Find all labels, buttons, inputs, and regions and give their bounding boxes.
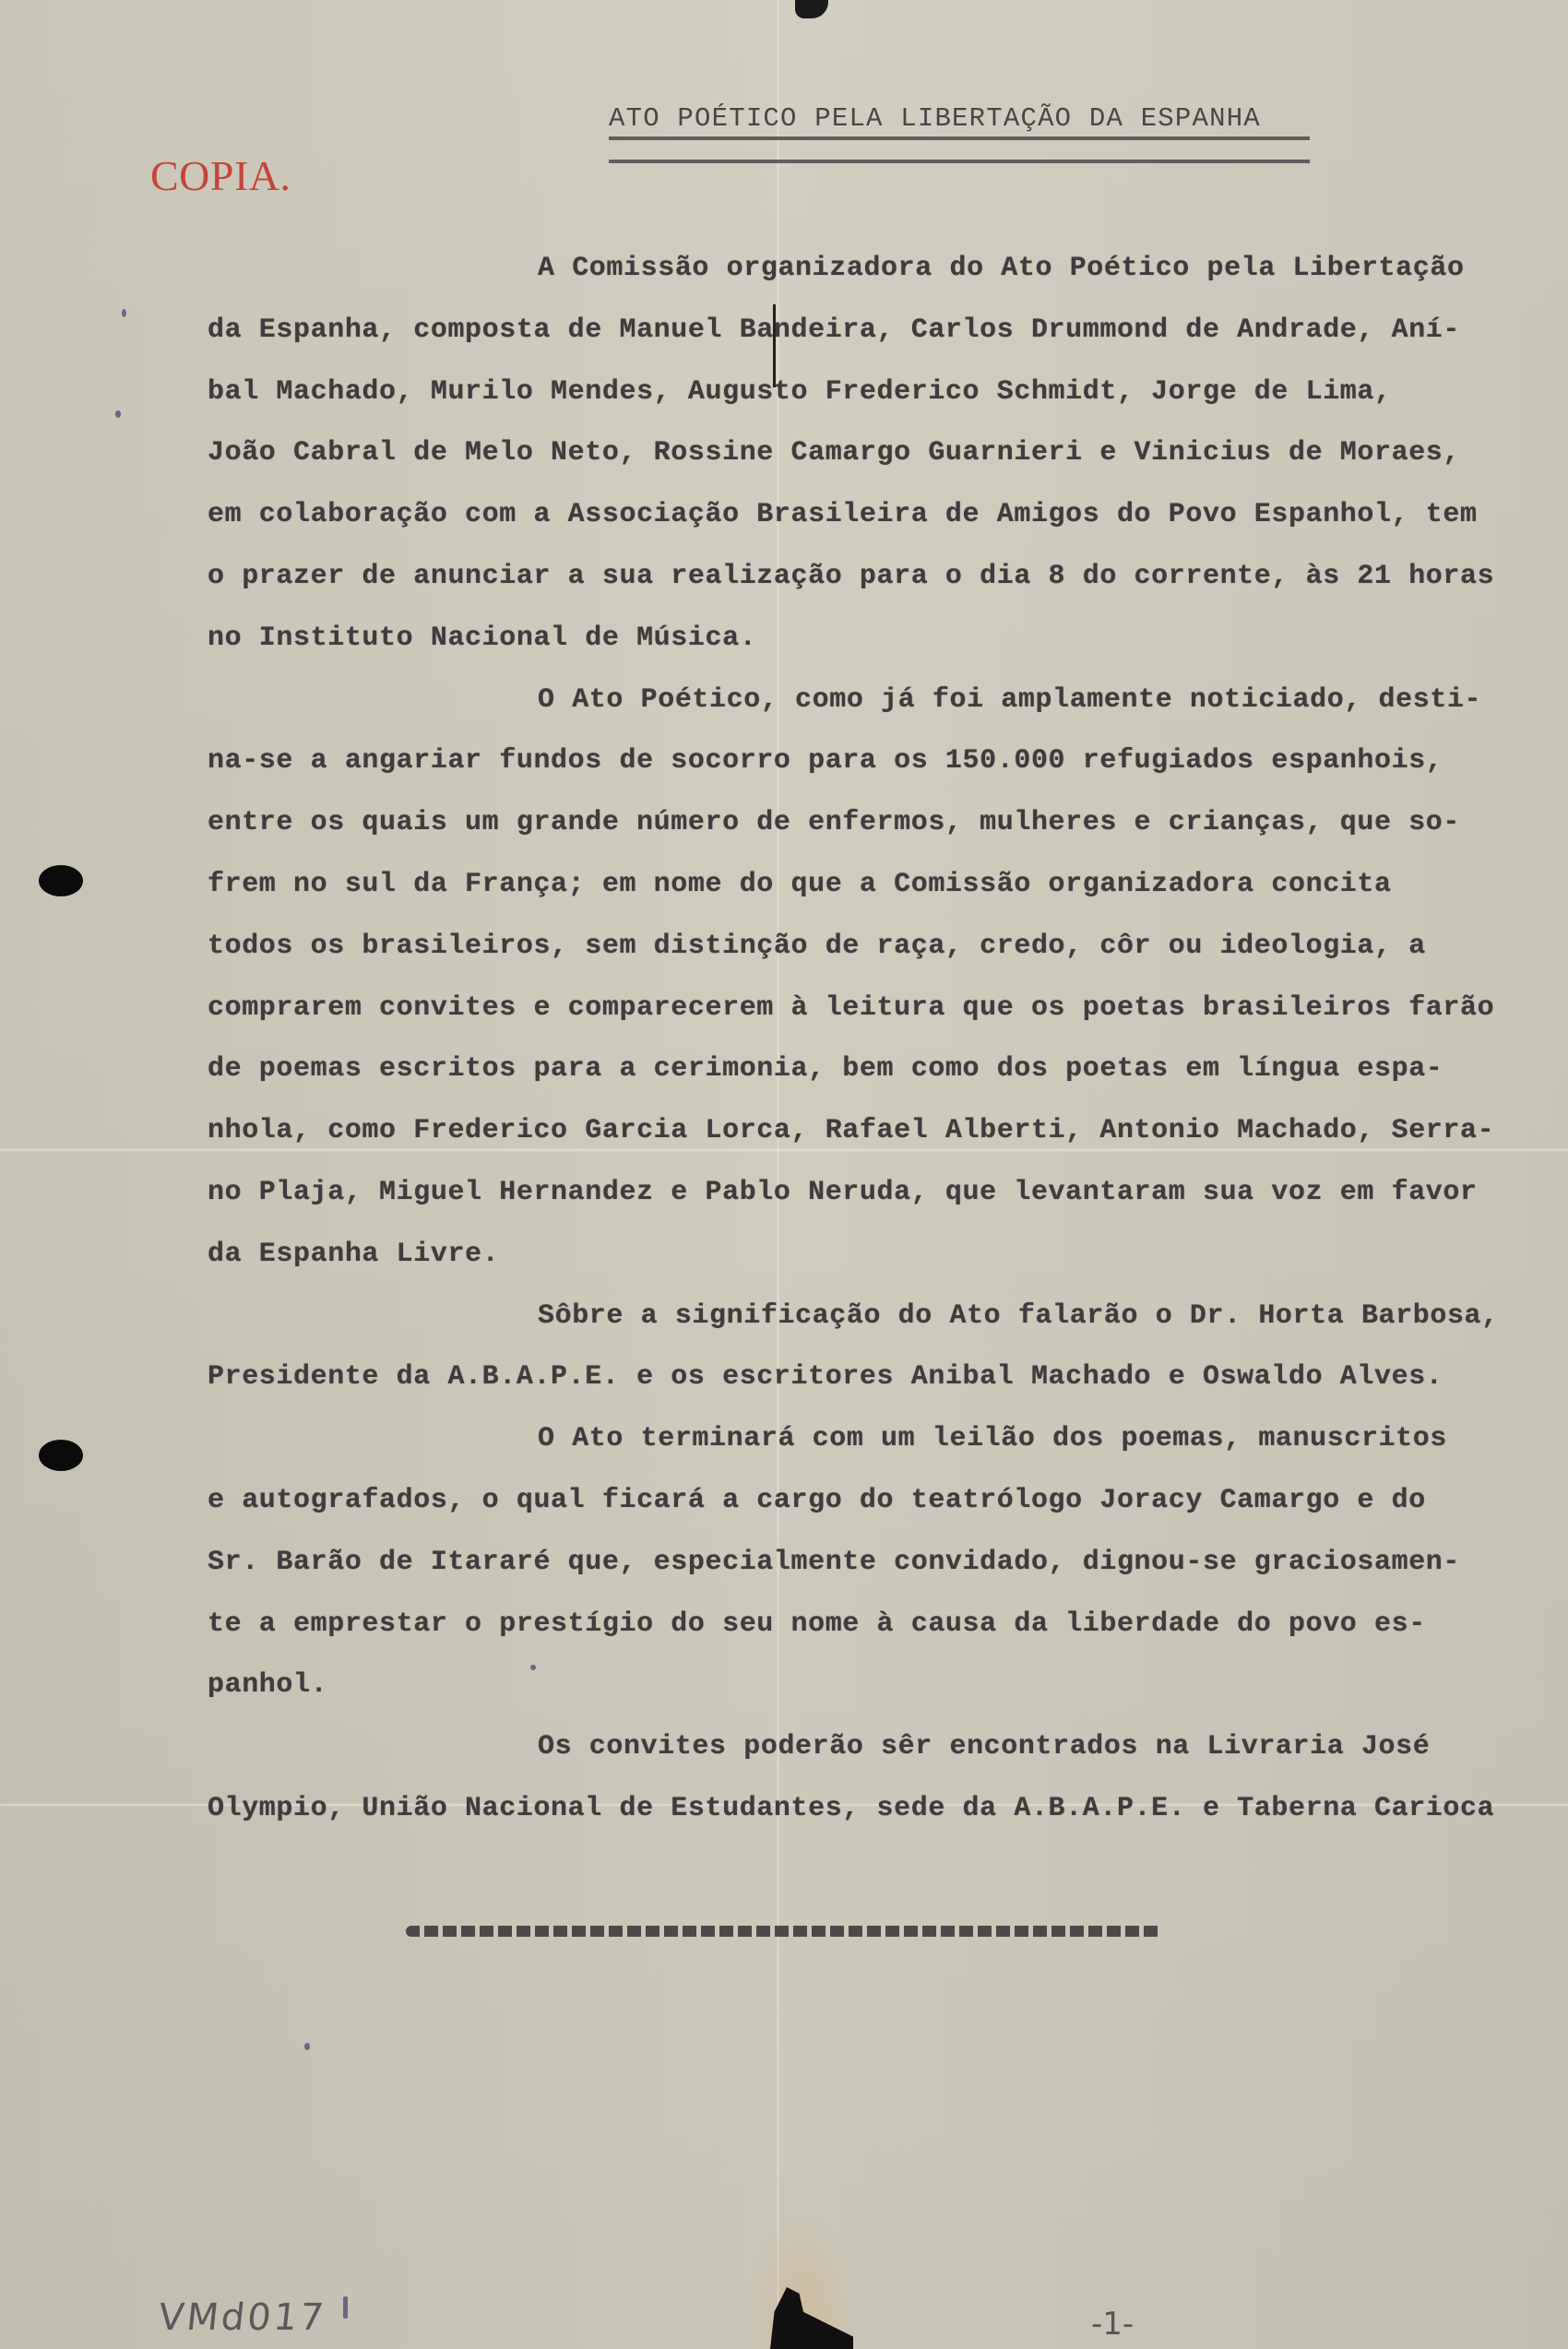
punch-hole-icon <box>39 1440 83 1471</box>
dashed-divider <box>406 1926 1162 1937</box>
text-line: panhol. <box>208 1669 327 1701</box>
text-line: em colaboração com a Associação Brasilei… <box>208 499 1478 530</box>
text-line: Presidente da A.B.A.P.E. e os escritores… <box>208 1361 1443 1393</box>
text-line: todos os brasileiros, sem distinção de r… <box>208 931 1426 962</box>
text-line: Sr. Barão de Itararé que, especialmente … <box>208 1547 1460 1578</box>
text-line: O Ato Poético, como já foi amplamente no… <box>538 684 1481 716</box>
text-line: na-se a angariar fundos de socorro para … <box>208 745 1443 777</box>
text-line: frem no sul da França; em nome do que a … <box>208 869 1392 900</box>
text-line: da Espanha, composta de Manuel Bandeira,… <box>208 314 1460 346</box>
text-line: no Instituto Nacional de Música. <box>208 623 756 654</box>
ink-speck <box>530 1665 536 1670</box>
text-line: O Ato terminará com um leilão dos poemas… <box>538 1423 1447 1454</box>
ink-speck <box>304 2043 310 2050</box>
ink-speck <box>122 309 126 317</box>
archive-code: VMd017 <box>157 2296 328 2339</box>
text-line: bal Machado, Murilo Mendes, Augusto Fred… <box>208 376 1392 408</box>
vertical-fold-line <box>777 0 779 2349</box>
title-underline <box>609 136 1310 140</box>
text-line: no Plaja, Miguel Hernandez e Pablo Nerud… <box>208 1177 1478 1208</box>
text-line: e autografados, o qual ficará a cargo do… <box>208 1485 1426 1516</box>
text-line: de poemas escritos para a cerimonia, bem… <box>208 1053 1443 1085</box>
title-underline <box>609 160 1310 163</box>
text-line: entre os quais um grande número de enfer… <box>208 807 1460 838</box>
ink-speck <box>115 410 121 418</box>
ink-speck <box>343 2296 348 2319</box>
document-title: ATO POÉTICO PELA LIBERTAÇÃO DA ESPANHA <box>609 103 1310 134</box>
text-line: te a emprestar o prestígio do seu nome à… <box>208 1608 1426 1640</box>
paper-tear-top <box>795 0 828 18</box>
text-line: Sôbre a significação do Ato falarão o Dr… <box>538 1300 1499 1332</box>
punch-hole-icon <box>39 865 83 896</box>
text-line: Olympio, União Nacional de Estudantes, s… <box>208 1793 1494 1824</box>
text-line: A Comissão organizadora do Ato Poético p… <box>538 253 1465 284</box>
document-page: COPIA. ATO POÉTICO PELA LIBERTAÇÃO DA ES… <box>0 0 1568 2349</box>
text-line: João Cabral de Melo Neto, Rossine Camarg… <box>208 437 1460 469</box>
text-line: o prazer de anunciar a sua realização pa… <box>208 561 1494 592</box>
text-line: da Espanha Livre. <box>208 1239 499 1270</box>
text-line: comprarem convites e comparecerem à leit… <box>208 992 1494 1024</box>
horizontal-fold-line <box>0 1148 1568 1152</box>
text-line: nhola, como Frederico Garcia Lorca, Rafa… <box>208 1115 1494 1146</box>
copia-stamp: COPIA. <box>150 151 291 200</box>
page-number: -1- <box>1091 2306 1134 2343</box>
text-line: Os convites poderão sêr encontrados na L… <box>538 1731 1430 1762</box>
